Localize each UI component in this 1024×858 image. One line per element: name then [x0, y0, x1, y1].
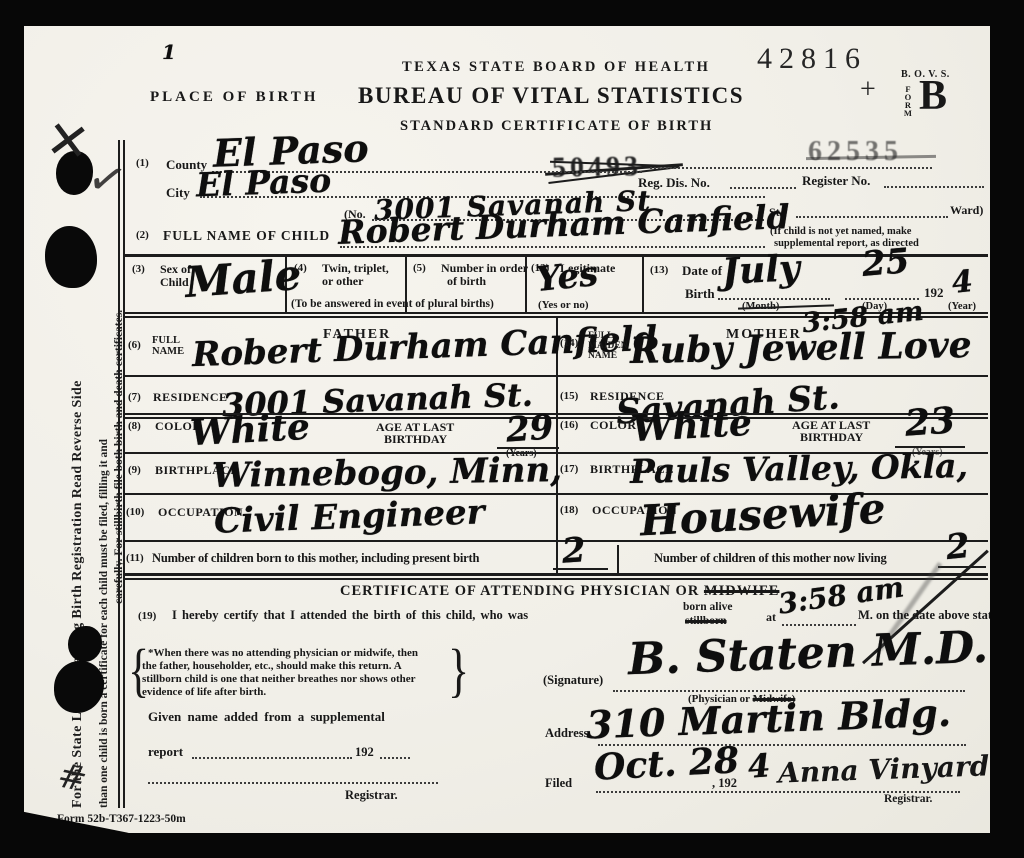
father-name-label-1: FULL [152, 335, 180, 346]
birth-month-value: July [721, 250, 801, 290]
standard-title: STANDARD CERTIFICATE OF BIRTH [400, 119, 713, 134]
sex-value: Male [184, 254, 303, 304]
rule [124, 540, 988, 542]
father-color-value: White [189, 409, 311, 451]
city-label: City [166, 186, 190, 200]
born-underline [553, 568, 608, 570]
living-underline [938, 566, 986, 568]
item-14-number: (14) [560, 338, 578, 350]
children-living-value: 2 [944, 529, 971, 565]
footnote-line-4: evidence of life after birth. [142, 687, 266, 699]
order-label-1: Number in order [441, 262, 528, 275]
item-2-number: (2) [136, 230, 149, 242]
supplemental-registrar-line [148, 782, 438, 784]
children-row-divider [617, 545, 619, 575]
report-label: report [148, 745, 183, 759]
child-note-1: (If child is not yet named, make [770, 226, 911, 237]
hole-punch [45, 226, 97, 288]
supplemental-year-line [380, 757, 410, 759]
sidebar-certificate-line: than one child is born a certificate for… [98, 188, 110, 808]
item-16-number: (16) [560, 420, 578, 432]
father-age-label-2: BIRTHDAY [384, 433, 447, 446]
mother-birthplace-value: Pauls Valley, Okla, [630, 449, 968, 488]
mother-name-value: Ruby Jewell Love [630, 327, 972, 369]
plus-mark: + [860, 74, 876, 106]
grid-divider [642, 256, 644, 312]
ward-label: Ward) [950, 204, 983, 217]
reg-dis-line [730, 187, 796, 189]
mother-name-label-3: NAME [588, 352, 617, 362]
mother-occupation-value: Housewife [639, 488, 886, 543]
footnote-line-1: *When there was no attending physician o… [148, 648, 418, 660]
order-label-2: of birth [447, 275, 486, 288]
year-printed: 192 [924, 286, 944, 300]
physician-cert-title-main: CERTIFICATE OF ATTENDING PHYSICIAN OR [340, 583, 699, 599]
item-11-number: (11) [126, 553, 144, 565]
scan-edge-bottom [0, 833, 1024, 858]
item-1-number: (1) [136, 158, 149, 170]
yes-or-no-note: (Yes or no) [538, 300, 589, 312]
report-line [192, 757, 352, 759]
stamp-line [650, 167, 932, 169]
footnote-brace-right: } [448, 640, 469, 702]
item-10-number: (10) [126, 507, 144, 519]
father-birthplace-value: Winnebogo, Minn, [212, 453, 563, 493]
filed-registrar-label: Registrar. [884, 793, 932, 805]
item-19-number: (19) [138, 611, 156, 623]
rule [124, 375, 988, 377]
pencil-one-mark: 1 [162, 42, 176, 62]
children-born-label: Number of children born to this mother, … [152, 552, 479, 565]
supplemental-line-1: Given name added from a supplemental [148, 710, 385, 724]
serial-number-stamp: 42816 [757, 42, 867, 76]
item-3-number: (3) [132, 264, 145, 276]
child-name-line [340, 246, 765, 248]
child-name-label: FULL NAME OF CHILD [163, 229, 330, 243]
footnote-line-2: the father, householder, etc., should ma… [142, 661, 402, 673]
rule [124, 573, 988, 576]
children-born-value: 2 [561, 533, 587, 569]
filed-year-value: 4 [747, 749, 771, 782]
form-letter-b: B [919, 74, 947, 118]
father-residence-label: RESIDENCE [153, 391, 228, 404]
filed-label: Filed [545, 777, 572, 790]
form-left-border [123, 140, 125, 808]
father-age-value: 29 [505, 410, 555, 447]
item-5-number: (5) [413, 263, 426, 275]
signature-value: B. Staten M.D. [627, 626, 988, 683]
date-label-2: Birth [685, 287, 715, 301]
item-7-number: (7) [128, 392, 141, 404]
midwife-struck-title: MIDWIFE [704, 583, 779, 599]
item-9-number: (9) [128, 465, 141, 477]
certify-text: I hereby certify that I attended the bir… [172, 609, 528, 622]
form-left-border [118, 140, 120, 808]
supplemental-year-printed: 192 [355, 746, 374, 759]
born-alive-option: born alive [683, 601, 733, 613]
faint-number-stamp: 62535 [808, 136, 903, 168]
item-13-number: (13) [650, 265, 668, 277]
footnote-line-3: stillborn child is one that neither brea… [142, 674, 416, 686]
form-vertical-label: FORM [903, 84, 912, 116]
register-no-line [884, 186, 984, 188]
mother-color-label: COLOR [590, 419, 637, 432]
bureau-title: BUREAU OF VITAL STATISTICS [358, 84, 744, 108]
filed-year-printed: , 192 [712, 777, 737, 790]
father-occupation-value: Civil Engineer [213, 495, 485, 538]
twin-label-2: or other [322, 275, 363, 288]
scan-edge-left [0, 0, 24, 858]
scan-edge-top [0, 0, 1024, 26]
birth-year-value: 4 [950, 267, 974, 299]
registrar-signature-value: Anna Vinyard [778, 752, 990, 787]
legitimate-value: Yes [534, 257, 599, 297]
scan-edge-right [990, 0, 1024, 858]
item-17-number: (17) [560, 464, 578, 476]
date-label-1: Date of [682, 264, 722, 278]
twin-label-1: Twin, triplet, [322, 262, 389, 275]
supplemental-registrar-label: Registrar. [345, 789, 398, 802]
item-4-number: (4) [294, 263, 307, 275]
scanned-birth-certificate: For the State Law Governing Birth Regist… [0, 0, 1024, 858]
item-6-number: (6) [128, 340, 141, 352]
year-note: (Year) [948, 301, 976, 312]
item-8-number: (8) [128, 421, 141, 433]
father-name-label-2: NAME [152, 346, 184, 357]
signature-label: (Signature) [543, 674, 603, 687]
mother-color-value: White [631, 405, 753, 447]
children-living-label: Number of children of this mother now li… [654, 552, 887, 565]
plural-births-note: (To be answered in event of plural birth… [291, 298, 494, 310]
stillborn-option: stillborn [685, 615, 727, 627]
birth-day-value: 25 [861, 244, 911, 282]
month-line [718, 298, 830, 300]
physician-cert-title: CERTIFICATE OF ATTENDING PHYSICIAN OR MI… [340, 584, 779, 599]
item-15-number: (15) [560, 391, 578, 403]
place-of-birth-label: PLACE OF BIRTH [150, 90, 318, 106]
address-label: Address [545, 727, 589, 740]
register-no-label: Register No. [802, 174, 870, 188]
pencil-x-mark: ✕ [42, 109, 94, 174]
st-line [796, 216, 948, 218]
mother-age-label-2: BIRTHDAY [800, 431, 863, 444]
mother-age-value: 23 [904, 402, 956, 441]
board-title: TEXAS STATE BOARD OF HEALTH [402, 60, 710, 75]
item-18-number: (18) [560, 505, 578, 517]
at-label: at [766, 611, 776, 624]
date-stated-label: M. on the date above stated [858, 609, 1005, 622]
